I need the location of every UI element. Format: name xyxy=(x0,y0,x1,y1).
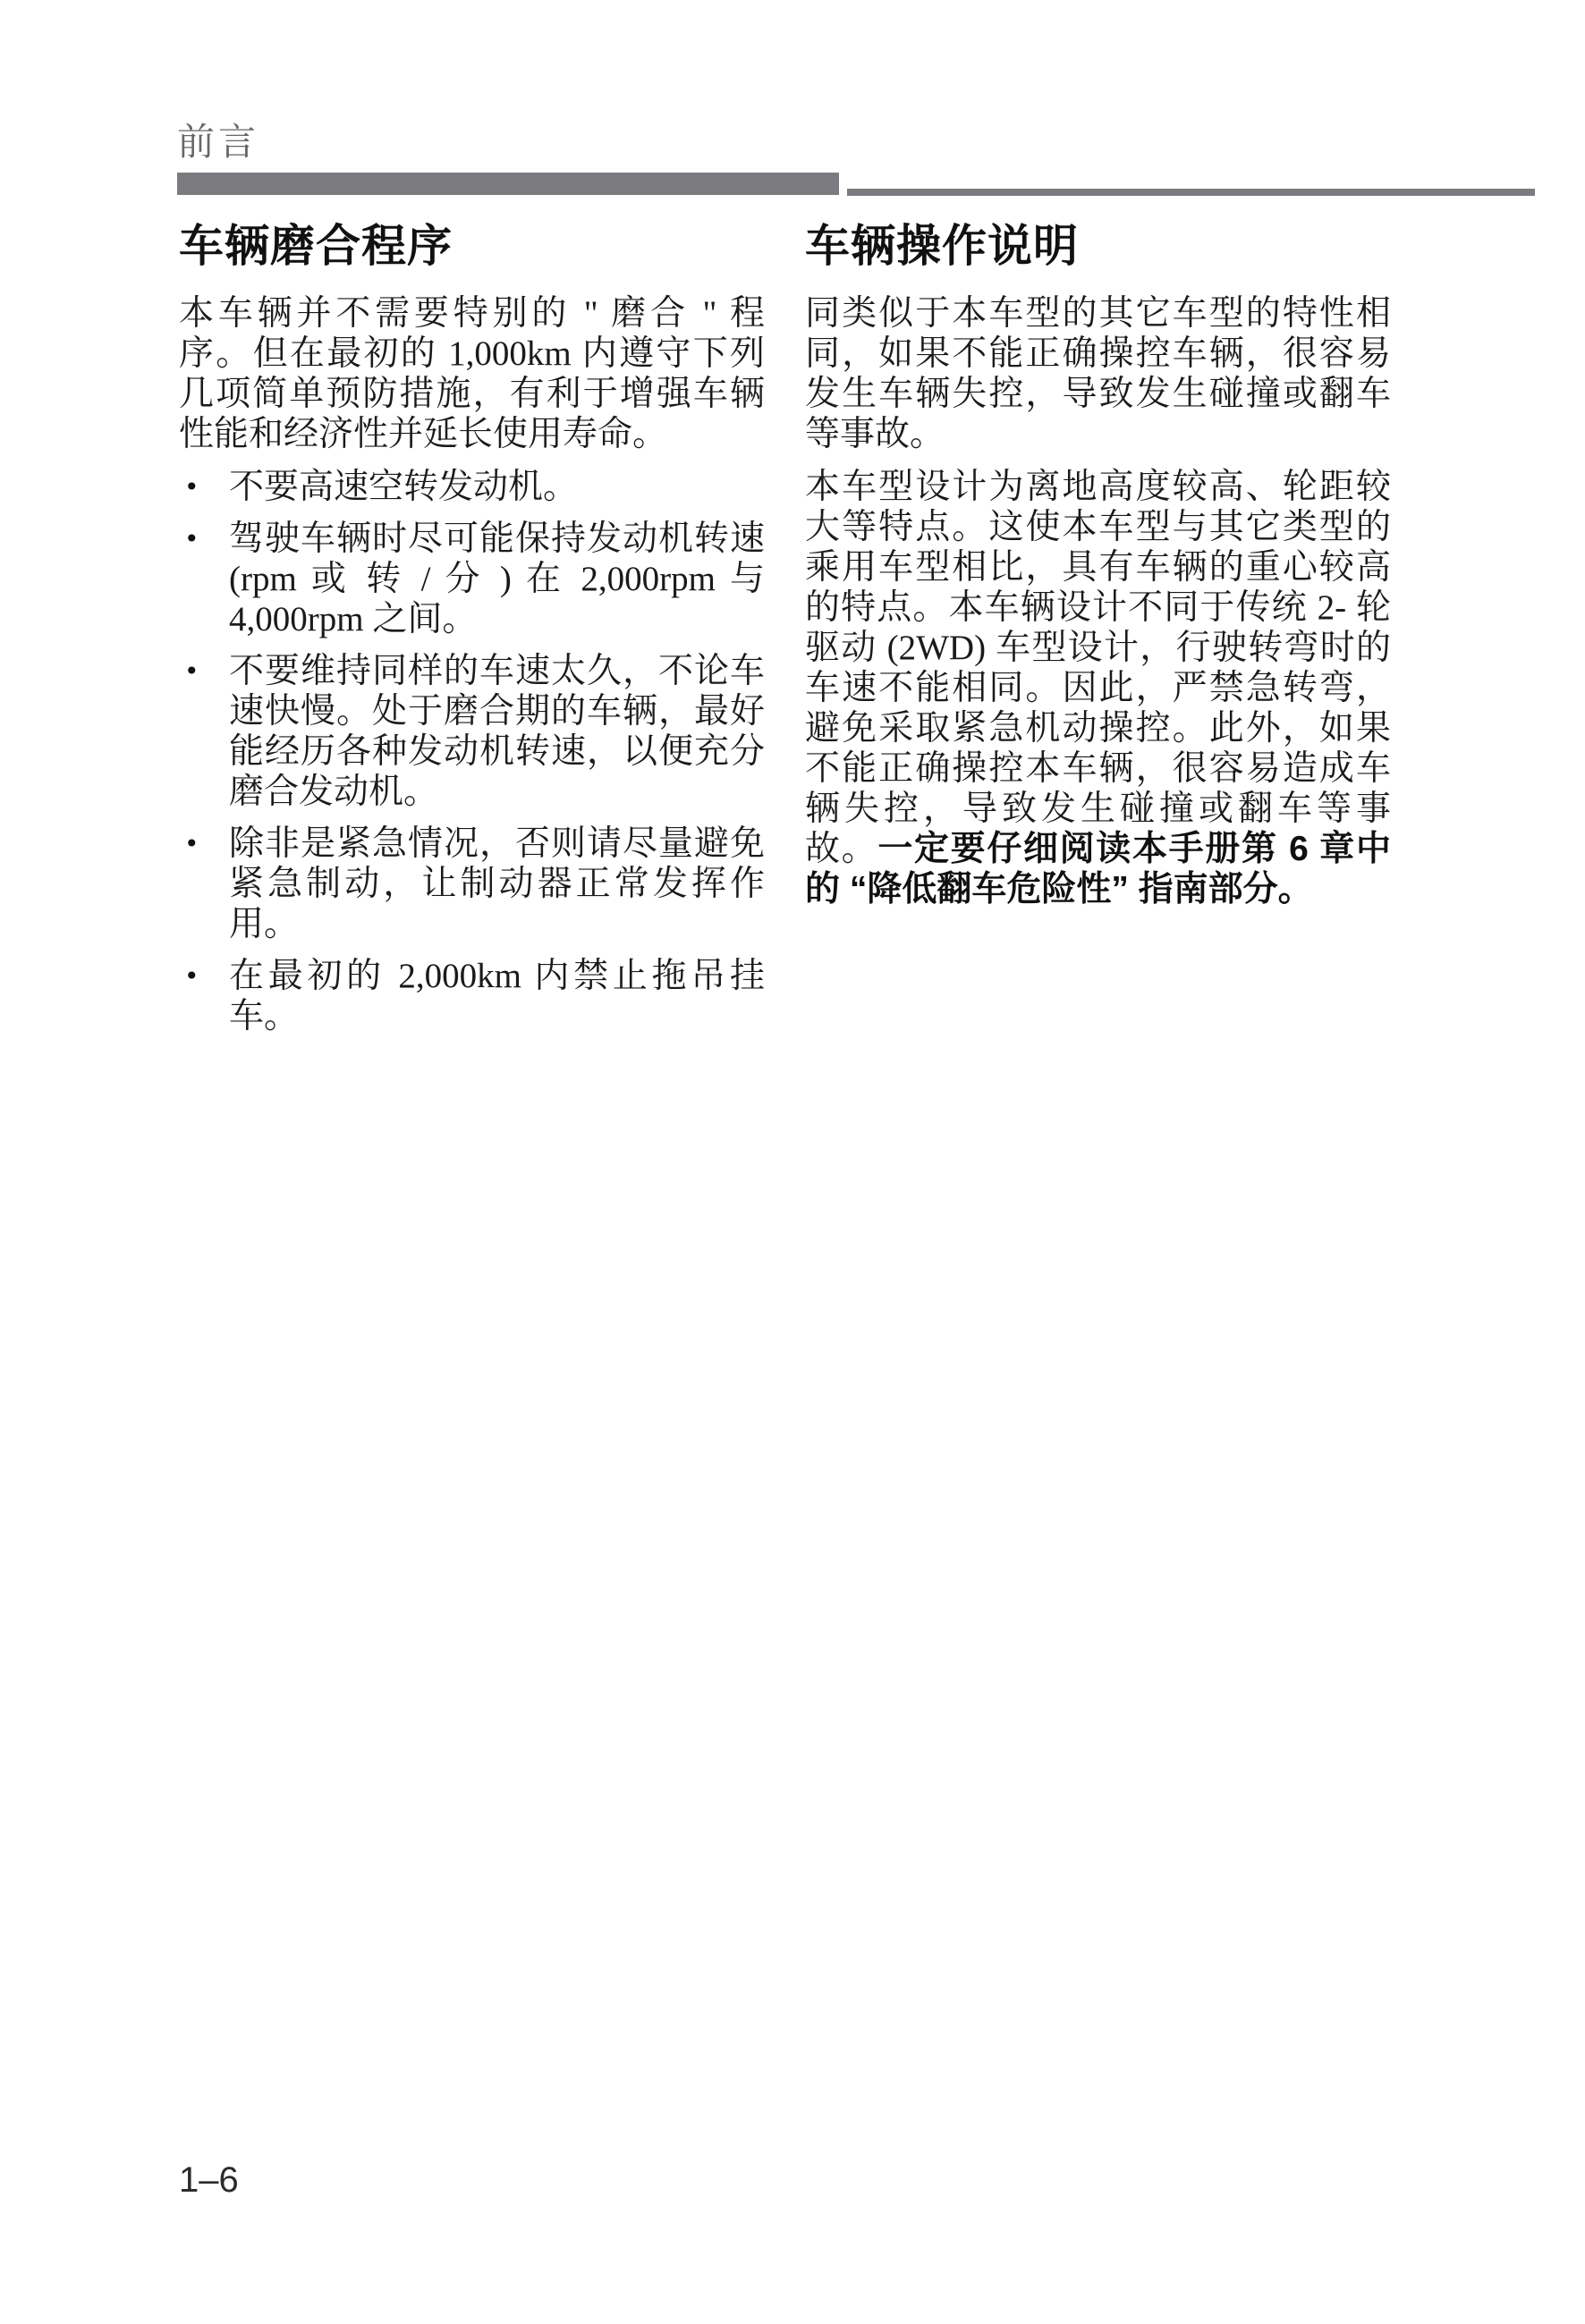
manual-page: 前言 车辆磨合程序 本车辆并不需要特别的 " 磨合 " 程序。但在最初的 1,0… xyxy=(0,0,1585,2324)
operation-paragraph-2-normal: 本车型设计为离地高度较高、轮距较大等特点。这使本车型与其它类型的乘用车型相比，具… xyxy=(805,468,1391,868)
page-header-label: 前言 xyxy=(177,122,259,163)
list-item: • 除非是紧急情况，否则请尽量避免紧急制动，让制动器正常发挥作用。 xyxy=(179,824,765,944)
footer-page-number: 1–6 xyxy=(179,2160,239,2200)
break-in-intro-paragraph: 本车辆并不需要特别的 " 磨合 " 程序。但在最初的 1,000km 内遵守下列… xyxy=(179,293,765,454)
bullet-dot-icon: • xyxy=(179,519,229,639)
section-heading-operation: 车辆操作说明 xyxy=(805,222,1391,270)
list-item: • 驾驶车辆时尽可能保持发动机转速 (rpm 或 转 / 分 ) 在 2,000… xyxy=(179,519,765,639)
break-in-bullet-list: • 不要高速空转发动机。 • 驾驶车辆时尽可能保持发动机转速 (rpm 或 转 … xyxy=(179,467,765,1036)
bullet-text: 驾驶车辆时尽可能保持发动机转速 (rpm 或 转 / 分 ) 在 2,000rp… xyxy=(229,519,765,639)
bullet-dot-icon: • xyxy=(179,956,229,1036)
content-columns: 车辆磨合程序 本车辆并不需要特别的 " 磨合 " 程序。但在最初的 1,000k… xyxy=(179,222,1391,1048)
operation-paragraph-2: 本车型设计为离地高度较高、轮距较大等特点。这使本车型与其它类型的乘用车型相比，具… xyxy=(805,467,1391,909)
left-column: 车辆磨合程序 本车辆并不需要特别的 " 磨合 " 程序。但在最初的 1,000k… xyxy=(179,222,765,1048)
header-bar-thin xyxy=(847,189,1535,196)
section-heading-break-in: 车辆磨合程序 xyxy=(179,222,765,270)
bullet-text: 除非是紧急情况，否则请尽量避免紧急制动，让制动器正常发挥作用。 xyxy=(229,824,765,944)
bullet-text: 不要高速空转发动机。 xyxy=(229,467,765,507)
bullet-text: 不要维持同样的车速太久，不论车速快慢。处于磨合期的车辆，最好能经历各种发动机转速… xyxy=(229,651,765,812)
bullet-dot-icon: • xyxy=(179,824,229,944)
right-column: 车辆操作说明 同类似于本车型的其它车型的特性相同，如果不能正确操控车辆，很容易发… xyxy=(805,222,1391,1048)
list-item: • 在最初的 2,000km 内禁止拖吊挂车。 xyxy=(179,956,765,1036)
bullet-dot-icon: • xyxy=(179,467,229,507)
list-item: • 不要维持同样的车速太久，不论车速快慢。处于磨合期的车辆，最好能经历各种发动机… xyxy=(179,651,765,812)
operation-paragraph-2-bold: 一定要仔细阅读本手册第 6 章中的 “降低翻车危险性” 指南部分。 xyxy=(805,830,1391,908)
operation-paragraph-1: 同类似于本车型的其它车型的特性相同，如果不能正确操控车辆，很容易发生车辆失控，导… xyxy=(805,293,1391,454)
bullet-text: 在最初的 2,000km 内禁止拖吊挂车。 xyxy=(229,956,765,1036)
bullet-dot-icon: • xyxy=(179,651,229,812)
list-item: • 不要高速空转发动机。 xyxy=(179,467,765,507)
header-bar-thick xyxy=(177,173,839,195)
